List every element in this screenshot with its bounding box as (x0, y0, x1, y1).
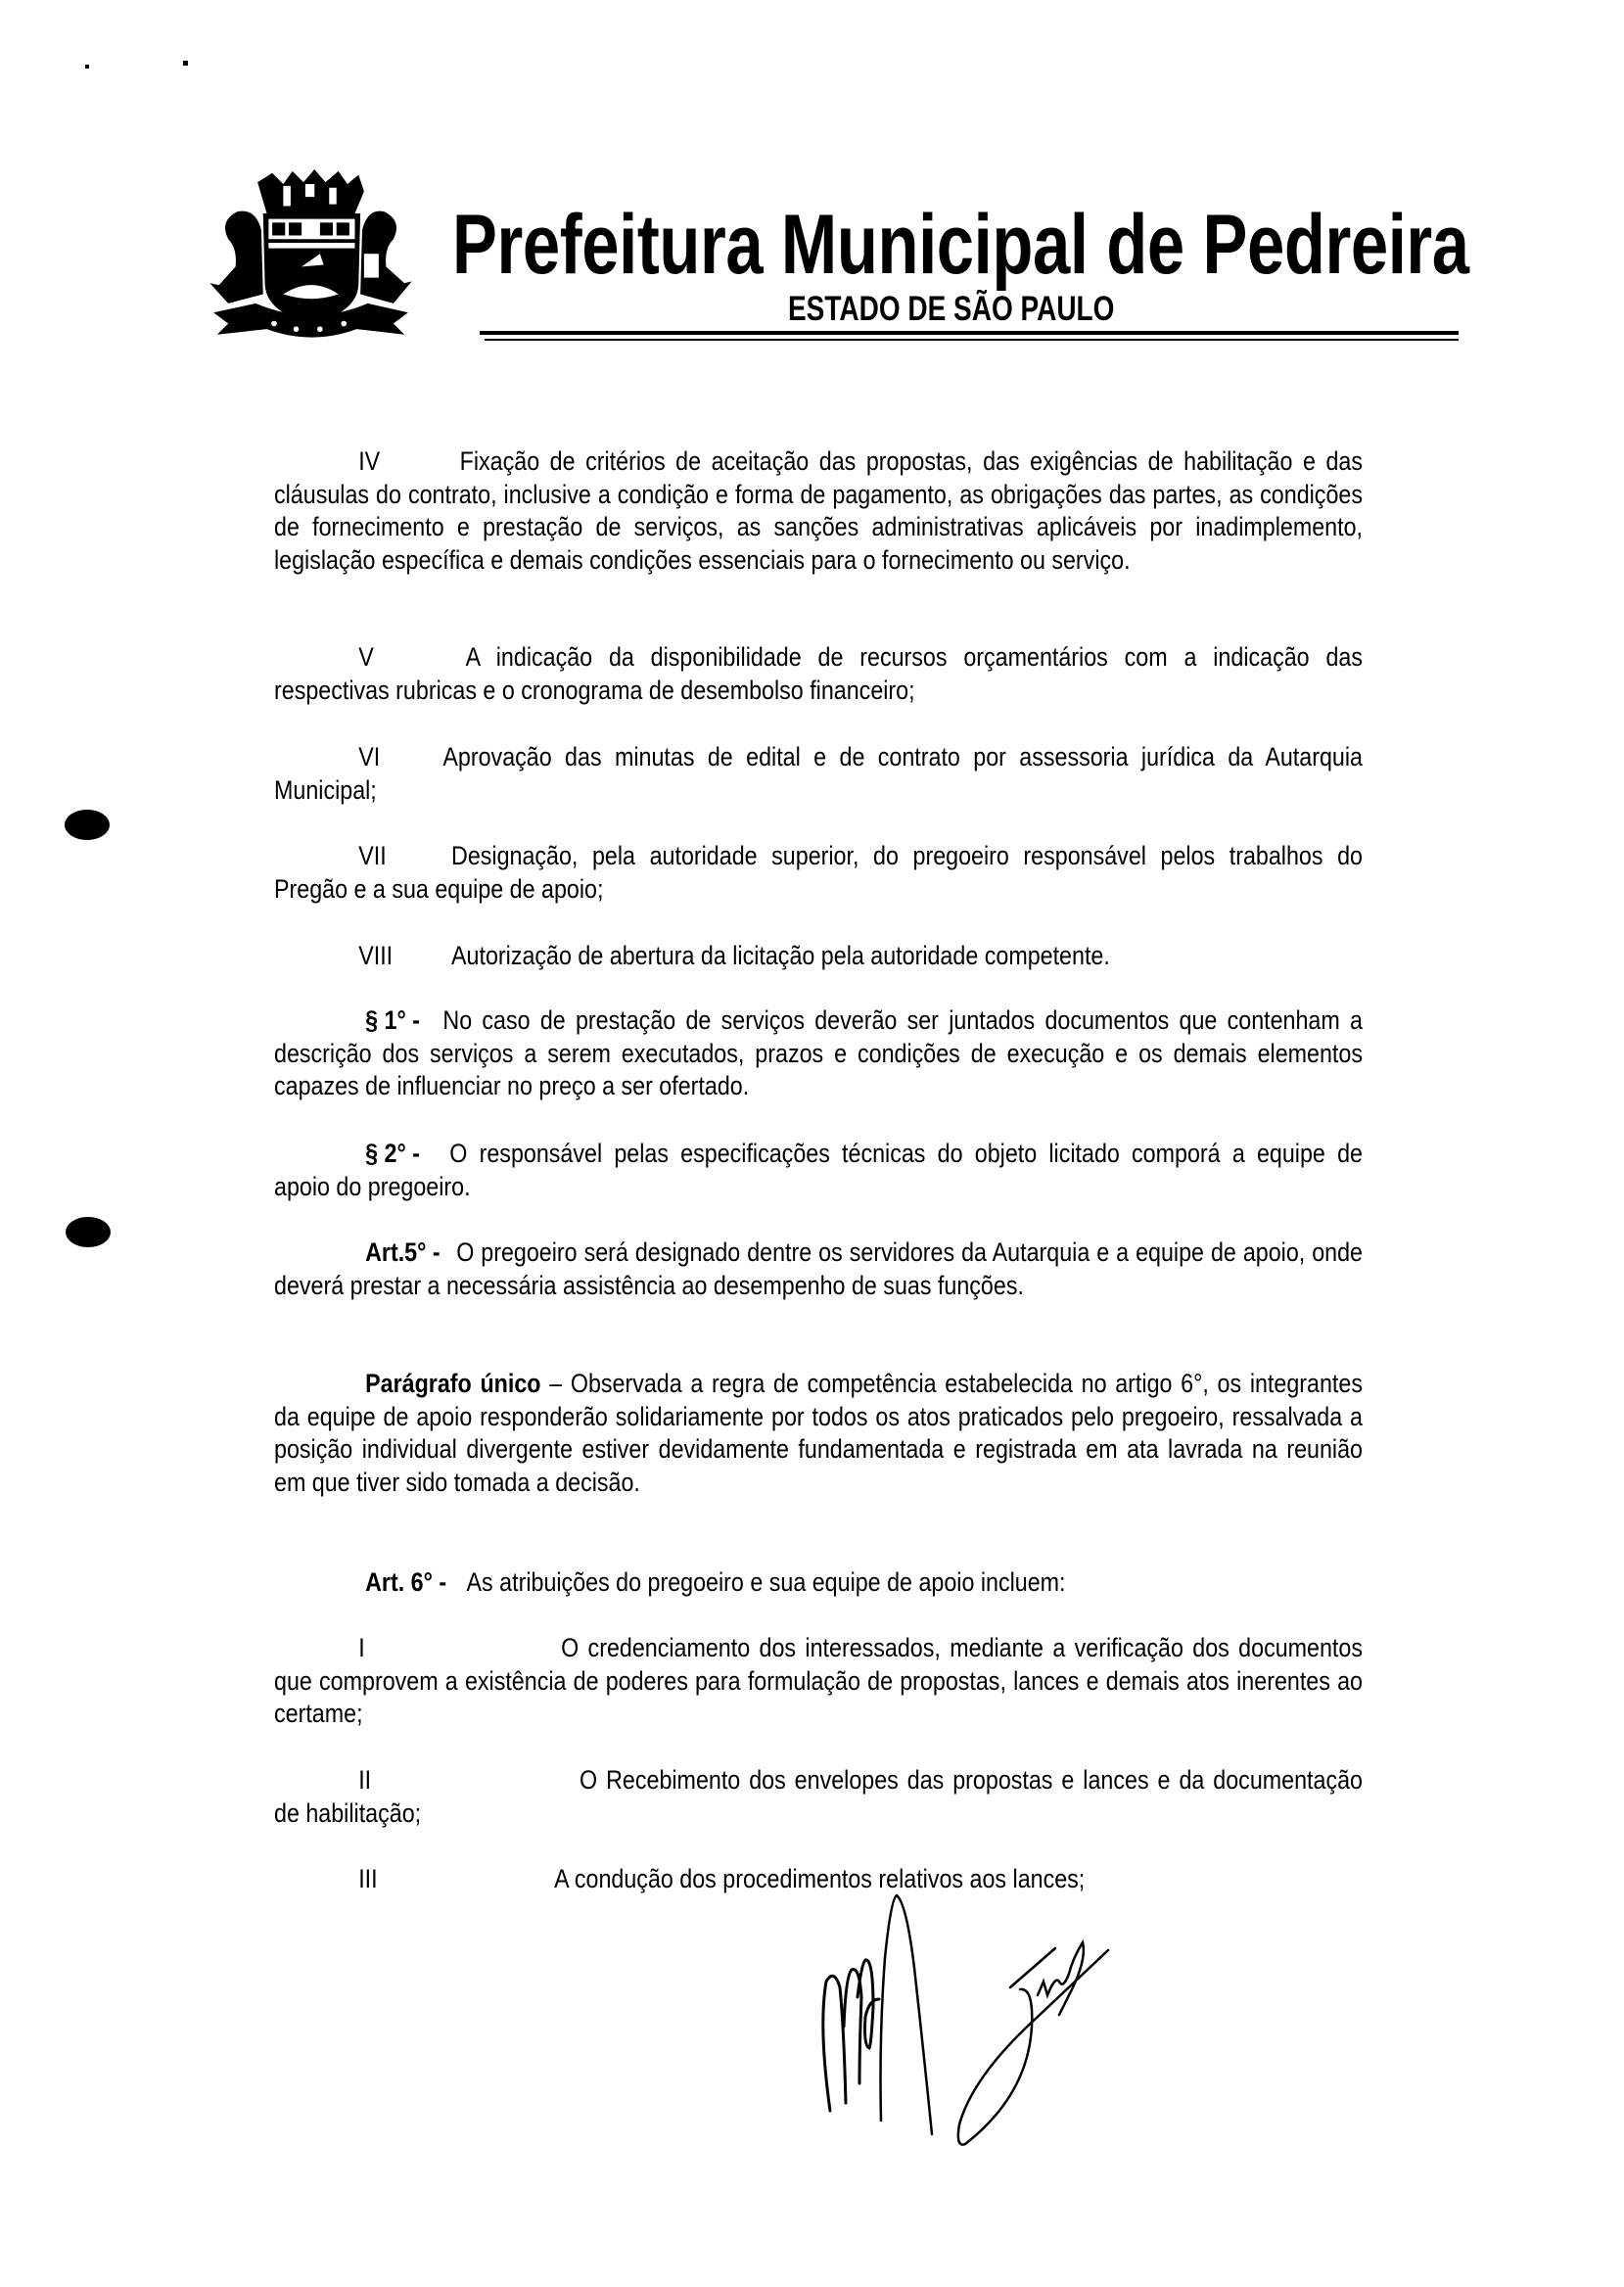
coat-of-arms-icon (201, 164, 421, 350)
item-label: I (358, 1632, 561, 1665)
item-label: Art.5° - (365, 1237, 456, 1270)
paragraph-art6: Art. 6° -As atribuições do pregoeiro e s… (274, 1566, 1363, 1600)
header-rule (480, 331, 1459, 335)
item-label: VIII (358, 940, 451, 973)
page-title: Prefeitura Municipal de Pedreira (452, 201, 1469, 289)
item-label: Art. 6° - (365, 1566, 466, 1600)
item-label: Parágrafo único (365, 1369, 540, 1398)
item-label: IV (358, 445, 459, 479)
item-label: VI (358, 741, 442, 774)
paragraph-art5: Art.5° -O pregoeiro será designado dentr… (274, 1237, 1363, 1302)
handwritten-signatures-icon (764, 1880, 1175, 2193)
paragraph-s2: § 2° -O responsável pelas especificações… (274, 1138, 1363, 1203)
paragraph-s1: § 1° -No caso de prestação de serviços d… (274, 1004, 1363, 1103)
paragraph-vi: VIAprovação das minutas de edital e de c… (274, 741, 1363, 807)
paragraph-v: VA indicação da disponibilidade de recur… (274, 641, 1363, 707)
item-label: VII (358, 840, 451, 873)
item-label: II (358, 1764, 580, 1797)
punch-hole (65, 810, 110, 840)
item-label: § 2° - (365, 1138, 449, 1171)
scan-mark (85, 65, 89, 69)
paragraph-text: As atribuições do pregoeiro e sua equipe… (467, 1567, 1066, 1597)
scan-mark (183, 61, 188, 66)
paragraph-art6-ii: IIO Recebimento dos envelopes das propos… (274, 1764, 1363, 1830)
paragraph-paragrafo-unico: Parágrafo único – Observada a regra de c… (274, 1368, 1363, 1499)
paragraph-viii: VIIIAutorização de abertura da licitação… (274, 940, 1363, 973)
item-label: § 1° - (365, 1004, 442, 1038)
paragraph-text: Autorização de abertura da licitação pel… (451, 941, 1110, 970)
paragraph-iv: IVFixação de critérios de aceitação das … (274, 445, 1363, 577)
paragraph-art6-i: IO credenciamento dos interessados, medi… (274, 1632, 1363, 1731)
item-label: III (358, 1863, 554, 1896)
punch-hole (66, 1217, 111, 1247)
page-subtitle: ESTADO DE SÃO PAULO (788, 290, 1114, 329)
paragraph-vii: VIIDesignação, pela autoridade superior,… (274, 840, 1363, 906)
header-rule-thin (485, 339, 1459, 341)
item-label: V (358, 641, 465, 675)
